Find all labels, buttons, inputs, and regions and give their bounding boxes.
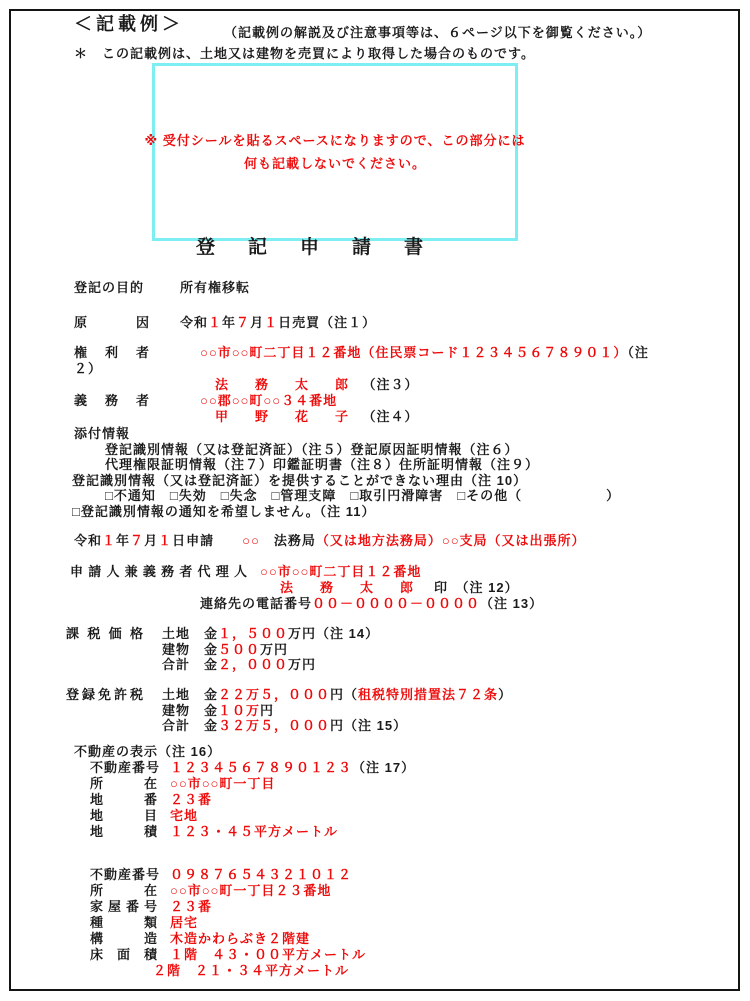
license-tax-land-mid: 円（: [330, 687, 358, 702]
license-tax-label: 登録免許税: [66, 687, 144, 703]
rightholder-row: 権利者○○市○○町二丁目１２番地（住民票コード１２３４５６７８９０１）（注: [74, 345, 649, 361]
land-category-value: 宅地: [170, 808, 198, 823]
license-tax-land-row: 登録免許税土地 金２２万５，０００円（租税特別措置法７２条）: [66, 687, 512, 703]
tax-price-land-pre: 土地 金: [162, 626, 218, 641]
land-lot-value: ２３番: [170, 792, 212, 807]
license-tax-total-pre: 合計 金: [162, 718, 218, 733]
building-floor1-value: １階 ４３・００平方メートル: [170, 947, 366, 962]
building-location-row: 所在○○市○○町一丁目２３番地: [90, 883, 331, 899]
land-number-note: （注 17）: [352, 760, 415, 775]
tax-price-building-row: 建物 金５００万円: [162, 642, 288, 658]
cause-day: １: [264, 315, 278, 330]
license-tax-land-pre: 土地 金: [162, 687, 218, 702]
purpose-value: 所有権移転: [180, 280, 250, 295]
rightholder-label: 権利者: [74, 345, 150, 361]
attachments-reason: 登記識別情報（又は登記済証）を提供することができない理由（注 10）: [72, 473, 527, 489]
tax-price-land-post: 万円（注 14）: [288, 626, 379, 641]
building-number-row: 不動産番号０９８７６５４３２１０１２: [90, 867, 352, 883]
land-lot-row: 地番２３番: [90, 792, 212, 808]
cause-year-unit: 年: [222, 315, 236, 330]
building-floor2-value: ２階 ２１・３４平方メートル: [153, 963, 349, 978]
apply-bureau: 法務局: [260, 533, 316, 548]
apply-month: ７: [130, 533, 144, 548]
seal-warning-line2: 何も記載しないでください。: [144, 152, 525, 175]
applicant-address: ○○市○○町二丁目１２番地: [260, 564, 421, 579]
tax-price-building-amount: ５００: [218, 642, 260, 657]
tax-price-total-row: 合計 金２，０００万円: [162, 657, 316, 673]
attachments-line1: 登記識別情報（又は登記済証）（注５）登記原因証明情報（注６）: [105, 442, 519, 458]
phone-row: 連絡先の電話番号００－００００－００００（注 13）: [200, 596, 543, 612]
land-area-value: １２３・４５平方メートル: [170, 824, 338, 839]
building-house-number-label: 家屋番号: [90, 899, 158, 915]
rightholder-name-row: 法 務 太 郎 （注３）: [215, 377, 419, 393]
land-location-label: 所在: [90, 776, 158, 792]
obligor-name-row: 甲 野 花 子 （注４）: [215, 409, 419, 425]
apply-era: 令和: [74, 533, 102, 548]
rightholder-note-start: （注: [627, 345, 649, 360]
purpose-row: 登記の目的所有権移転: [74, 280, 250, 296]
applicant-seal-note: 印 （注 12）: [420, 580, 519, 595]
tax-price-land-row: 課税価格土地 金１，５００万円（注 14）: [66, 626, 379, 642]
land-category-label: 地目: [90, 808, 158, 824]
obligor-address: ○○郡○○町○○３４番地: [200, 393, 337, 408]
license-tax-land-close: ）: [498, 687, 512, 702]
land-number-row: 不動産番号１２３４５６７８９０１２３（注 17）: [90, 760, 415, 776]
reception-seal-space-box: ※ 受付シールを貼るスペースになりますので、この部分には何も記載しないでください…: [152, 63, 518, 241]
building-type-value: 居宅: [170, 915, 198, 930]
building-type-row: 種類居宅: [90, 915, 198, 931]
land-number-value: １２３４５６７８９０１２３: [170, 760, 352, 775]
applicant-label: 申請人兼義務者代理人: [70, 564, 248, 580]
tax-price-label: 課税価格: [66, 626, 144, 642]
license-tax-building-pre: 建物 金: [162, 703, 218, 718]
rightholder-address: ○○市○○町二丁目１２番地（住民票コード１２３４５６７８９０１）: [200, 345, 627, 360]
land-location-row: 所在○○市○○町一丁目: [90, 776, 275, 792]
cause-rest: 日売買（注１）: [278, 315, 376, 330]
applicant-row: 申請人兼義務者代理人○○市○○町二丁目１２番地: [70, 564, 421, 580]
building-number-label: 不動産番号: [90, 867, 158, 883]
license-tax-total-post: 円（注 15）: [330, 718, 407, 733]
building-number-value: ０９８７６５４３２１０１２: [170, 867, 352, 882]
tax-price-total-post: 万円: [288, 657, 316, 672]
building-location-value: ○○市○○町一丁目２３番地: [170, 883, 331, 898]
rightholder-name-note: （注３）: [355, 377, 419, 392]
building-type-label: 種類: [90, 915, 158, 931]
license-tax-building-row: 建物 金１０万円: [162, 703, 274, 719]
tax-price-total-pre: 合計 金: [162, 657, 218, 672]
form-title: 登 記 申 請 書: [196, 240, 430, 256]
example-heading: ＜記載例＞: [74, 16, 184, 32]
rightholder-note-wrap: ２）: [74, 361, 102, 377]
attachments-heading: 添付情報: [74, 426, 130, 442]
purpose-label: 登記の目的: [74, 280, 180, 296]
apply-year-unit: 年: [116, 533, 130, 548]
apply-month-unit: 月: [144, 533, 158, 548]
obligor-label: 義務者: [74, 393, 150, 409]
attachments-no-notify-checkbox: □登記識別情報の通知を希望しません。（注 11）: [72, 504, 376, 520]
building-structure-value: 木造かわらぶき２階建: [170, 931, 310, 946]
attachments-line2: 代理権限証明情報（注７）印鑑証明書（注８）住所証明情報（注９）: [105, 457, 539, 473]
building-floor-area-label: 床面積: [90, 947, 158, 963]
apply-office-name: ○○: [242, 533, 260, 548]
building-structure-label: 構造: [90, 931, 158, 947]
obligor-name: 甲 野 花 子: [215, 409, 355, 424]
cause-row: 原因令和１年７月１日売買（注１）: [74, 315, 376, 331]
example-subnote: ＊ この記載例は、土地又は建物を売買により取得した場合のものです。: [74, 46, 535, 62]
rightholder-name: 法 務 太 郎: [215, 377, 355, 392]
phone-label: 連絡先の電話番号: [200, 596, 312, 611]
building-floor-area-row: 床面積１階 ４３・００平方メートル: [90, 947, 366, 963]
cause-era: 令和: [180, 315, 208, 330]
license-tax-total-amount: ３２万５，０００: [218, 718, 330, 733]
cause-month: ７: [236, 315, 250, 330]
obligor-name-note: （注４）: [355, 409, 419, 424]
cause-month-unit: 月: [250, 315, 264, 330]
land-location-value: ○○市○○町一丁目: [170, 776, 275, 791]
seal-space-warning: ※ 受付シールを貼るスペースになりますので、この部分には何も記載しないでください…: [144, 129, 525, 175]
attachments-checkboxes: □不通知 □失効 □失念 □管理支障 □取引円滑障害 □その他（ ）: [105, 488, 620, 504]
cause-year: １: [208, 315, 222, 330]
building-location-label: 所在: [90, 883, 158, 899]
apply-day: １: [158, 533, 172, 548]
apply-branch: （又は地方法務局）○○支局（又は出張所）: [316, 533, 586, 548]
phone-note: （注 13）: [480, 596, 543, 611]
apply-year: １: [102, 533, 116, 548]
cause-label: 原因: [74, 315, 150, 331]
land-category-row: 地目宅地: [90, 808, 198, 824]
license-tax-building-post: 円: [260, 703, 274, 718]
seal-warning-line1: ※ 受付シールを貼るスペースになりますので、この部分には: [144, 129, 525, 152]
license-tax-land-amount: ２２万５，０００: [218, 687, 330, 702]
registration-application-document: ＜記載例＞ （記載例の解説及び注意事項等は、６ページ以下を御覧ください。） ＊ …: [0, 0, 750, 1001]
building-house-number-row: 家屋番号２３番: [90, 899, 212, 915]
land-area-label: 地積: [90, 824, 158, 840]
land-lot-label: 地番: [90, 792, 158, 808]
tax-price-building-pre: 建物 金: [162, 642, 218, 657]
land-number-label: 不動産番号: [90, 760, 158, 776]
applicant-name-row: 法 務 太 郎 印 （注 12）: [280, 580, 519, 596]
apply-label: 日申請: [172, 533, 242, 548]
tax-price-land-amount: １，５００: [218, 626, 288, 641]
property-section-heading: 不動産の表示（注 16）: [74, 744, 221, 760]
tax-price-total-amount: ２，０００: [218, 657, 288, 672]
obligor-row: 義務者○○郡○○町○○３４番地: [74, 393, 337, 409]
application-date-row: 令和１年７月１日申請 ○○ 法務局（又は地方法務局）○○支局（又は出張所）: [74, 533, 586, 549]
building-floor2-row: ２階 ２１・３４平方メートル: [153, 963, 349, 979]
building-structure-row: 構造木造かわらぶき２階建: [90, 931, 310, 947]
example-heading-note: （記載例の解説及び注意事項等は、６ページ以下を御覧ください。）: [224, 25, 651, 41]
phone-number: ００－００００－００００: [312, 596, 480, 611]
license-tax-total-row: 合計 金３２万５，０００円（注 15）: [162, 718, 407, 734]
license-tax-law-reference: 租税特別措置法７２条: [358, 687, 498, 702]
tax-price-building-post: 万円: [260, 642, 288, 657]
building-house-number-value: ２３番: [170, 899, 212, 914]
land-area-row: 地積１２３・４５平方メートル: [90, 824, 338, 840]
applicant-name: 法 務 太 郎: [280, 580, 420, 595]
license-tax-building-amount: １０万: [218, 703, 260, 718]
